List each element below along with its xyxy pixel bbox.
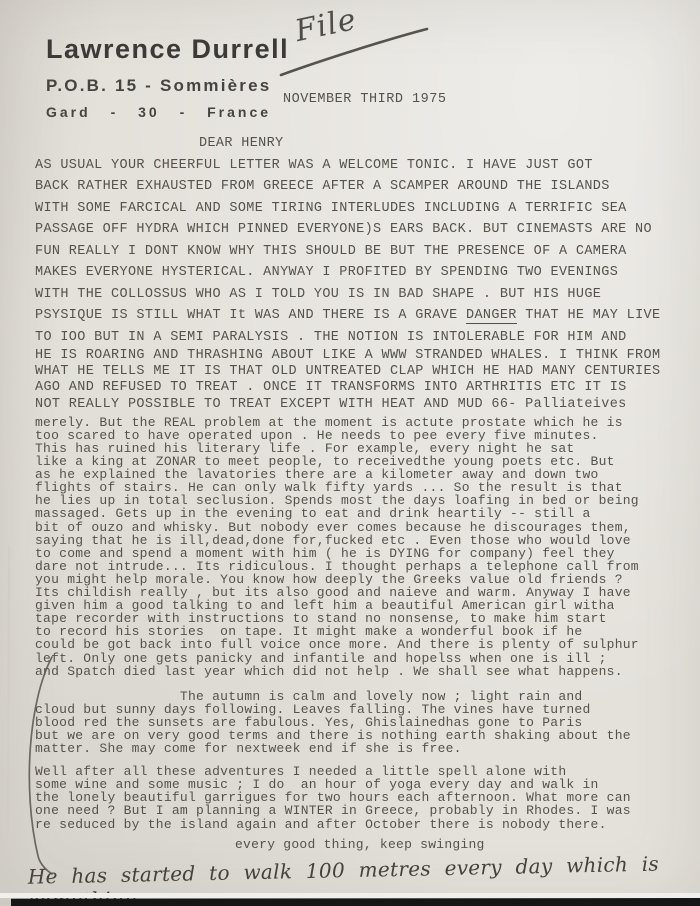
- paragraph-prostate: merely. But the REAL problem at the mome…: [35, 416, 690, 678]
- letter-line: AGO AND REFUSED TO TREAT . ONCE IT TRANS…: [35, 380, 690, 396]
- letter-line: one need ? But I am planning a WINTER in…: [35, 804, 690, 817]
- salutation: DEAR HENRY: [35, 133, 690, 155]
- letter-line: dare not intrude... Its ridiculous. I th…: [35, 560, 690, 573]
- file-annotation: File: [292, 2, 360, 49]
- scan-edge-strip: [0, 893, 700, 898]
- paragraph-plans: Well after all these adventures I needed…: [35, 765, 690, 830]
- letterhead-name: Lawrence Durrell: [46, 34, 289, 65]
- scan-edge-bar: [11, 898, 700, 906]
- letter-line: blood red the sunsets are fabulous. Yes,…: [35, 716, 690, 729]
- letter-page: Lawrence Durrell P.O.B. 15 - Sommières G…: [0, 0, 700, 906]
- closing-line: every good thing, keep swinging: [35, 838, 690, 851]
- danger-word-underlined: DANGER: [466, 308, 517, 324]
- letter-line: to come and spend a moment with him ( he…: [35, 547, 690, 560]
- letter-line: could be got back into full voice once m…: [35, 638, 690, 651]
- letter-line: matter. She may come for nextweek end if…: [35, 742, 690, 755]
- letter-line: WITH THE COLLOSSUS WHO AS I TOLD YOU IS …: [35, 284, 690, 306]
- letter-line: PASSAGE OFF HYDRA WHICH PINNED EVERYONE)…: [35, 219, 690, 241]
- letter-line: cloud but sunny days following. Leaves f…: [35, 703, 690, 716]
- letterhead-address-line2: Gard - 30 - France: [46, 104, 289, 120]
- letter-line: BACK RATHER EXHAUSTED FROM GREECE AFTER …: [35, 176, 690, 198]
- danger-line-post: THAT HE MAY LIVE: [517, 308, 661, 323]
- letter-line: massaged. Gets up in the evening to eat …: [35, 507, 690, 520]
- date-line: NOVEMBER THIRD 1975: [283, 92, 446, 107]
- letter-line: saying that he is ill,dead,done for,fuck…: [35, 534, 690, 547]
- letter-line: and Spatch died last year which did not …: [35, 665, 690, 678]
- letter-line: re seduced by the island again and after…: [35, 818, 690, 831]
- danger-line-pre: PSYSIQUE IS STILL WHAT It WAS AND THERE …: [35, 308, 466, 323]
- paragraph-autumn: The autumn is calm and lovely now ; ligh…: [35, 690, 690, 755]
- letter-line: WHAT HE TELLS ME IT IS THAT OLD UNTREATE…: [35, 364, 690, 380]
- letter-body: DEAR HENRY AS USUAL YOUR CHEERFUL LETTER…: [35, 133, 690, 851]
- letter-line: WITH SOME FARCICAL AND SOME TIRING INTER…: [35, 198, 690, 220]
- paper-crease-line: [8, 545, 9, 828]
- letter-line: NOT REALLY POSSIBLE TO TREAT EXCEPT WITH…: [35, 397, 690, 413]
- letter-line: bit of ouzo and whisky. But nobody ever …: [35, 521, 690, 534]
- letterhead-address-line1: P.O.B. 15 - Sommières: [46, 76, 289, 96]
- danger-line: PSYSIQUE IS STILL WHAT It WAS AND THERE …: [35, 305, 690, 327]
- letter-line: TO IOO BUT IN A SEMI PARALYSIS . THE NOT…: [35, 327, 690, 349]
- letter-line: The autumn is calm and lovely now ; ligh…: [35, 690, 690, 703]
- letter-line: HE IS ROARING AND THRASHING ABOUT LIKE A…: [35, 348, 690, 364]
- letter-line: merely. But the REAL problem at the mome…: [35, 416, 690, 429]
- letterhead: Lawrence Durrell P.O.B. 15 - Sommières G…: [46, 34, 289, 120]
- letter-line: MAKES EVERYONE HYSTERICAL. ANYWAY I PROF…: [35, 262, 690, 284]
- letter-line: left. Only one gets panicky and infantil…: [35, 652, 690, 665]
- letter-line: FUN REALLY I DONT KNOW WHY THIS SHOULD B…: [35, 241, 690, 263]
- letter-line: AS USUAL YOUR CHEERFUL LETTER WAS A WELC…: [35, 155, 690, 177]
